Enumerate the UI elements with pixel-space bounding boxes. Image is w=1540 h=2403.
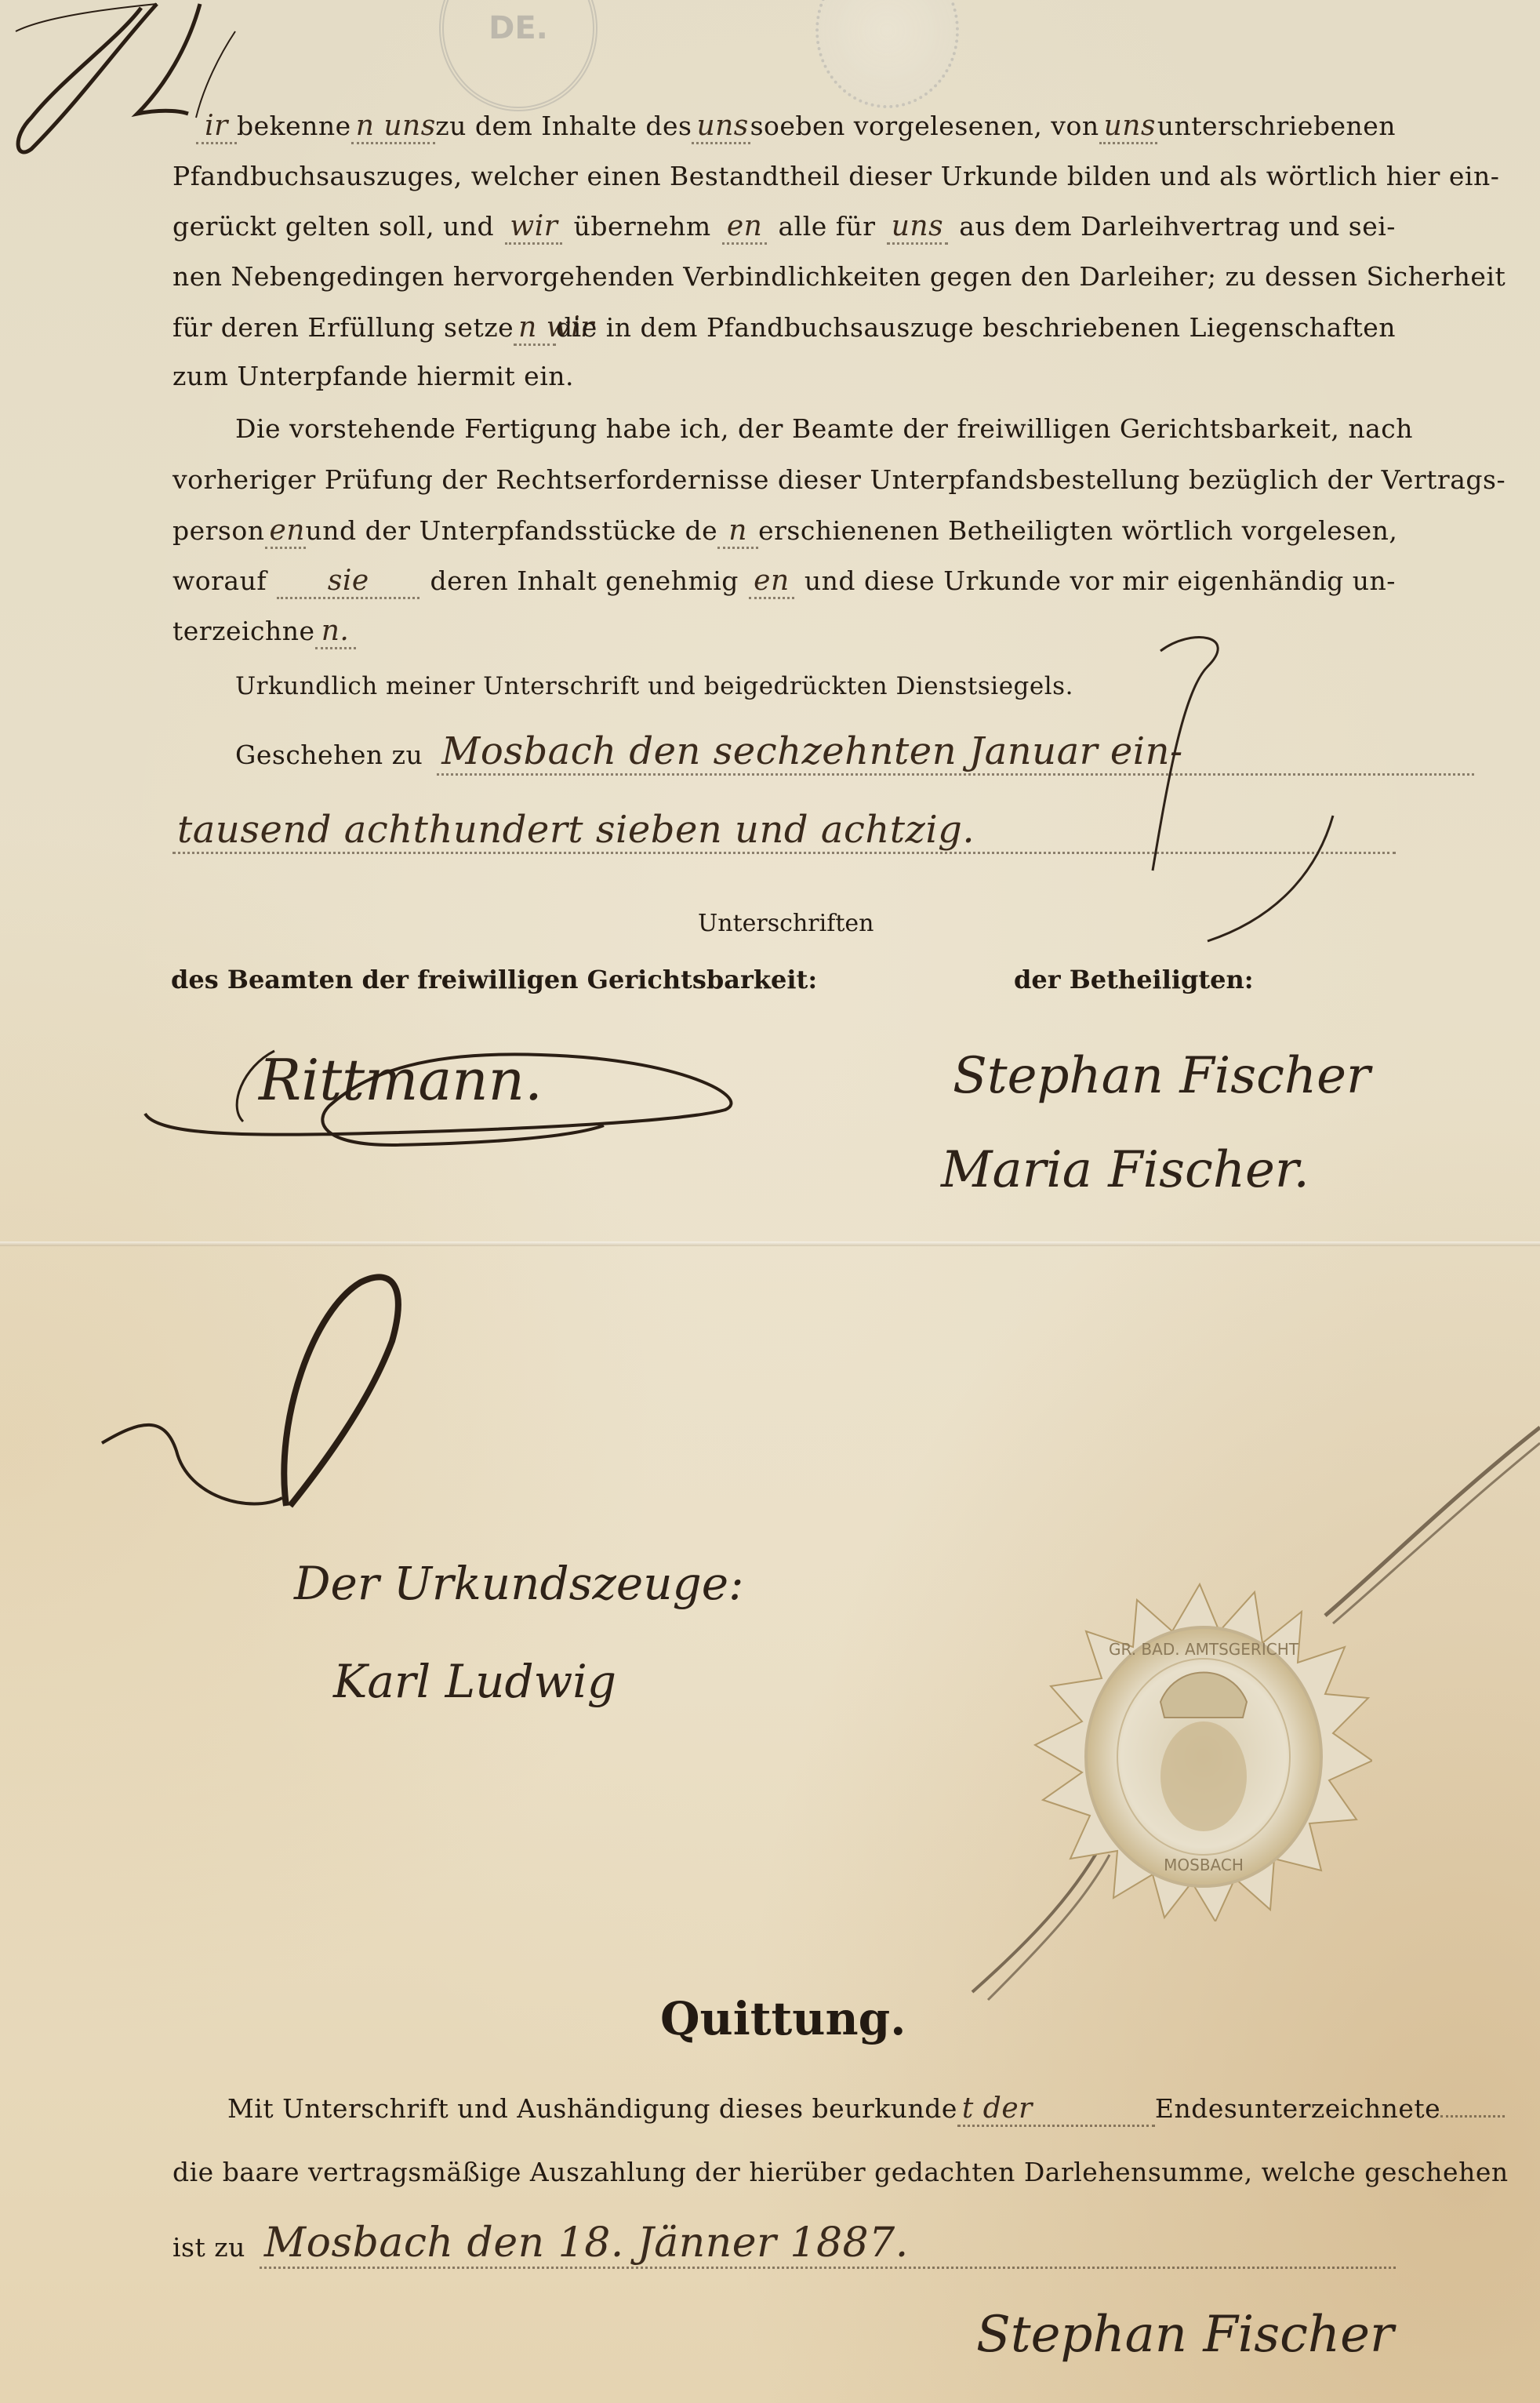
declaration-line-5: für deren Erfüllung setze n wir die in d… xyxy=(173,311,1396,346)
print-text: und der Unterpfandsstücke de xyxy=(306,515,718,546)
print-text: zu dem Inhalte des xyxy=(435,111,692,141)
handwritten-fill: en xyxy=(265,514,306,549)
handwritten-fill: n xyxy=(717,514,758,549)
handwritten-fill: ir xyxy=(196,110,237,144)
receipt-place-date: Mosbach den 18. Jänner 1887. xyxy=(260,2219,1396,2269)
handwritten-fill: t der xyxy=(957,2092,1155,2127)
handwritten-fill: en xyxy=(749,565,794,599)
print-text: zum Unterpfande hiermit ein. xyxy=(173,361,574,391)
seal-inscription-bottom: MOSBACH xyxy=(1164,1856,1244,1874)
certification-line-1: Die vorstehende Fertigung habe ich, der … xyxy=(235,413,1396,444)
print-text: Mit Unterschrift und Aushändigung dieses… xyxy=(227,2093,957,2124)
receipt-line-1: Mit Unterschrift und Aushändigung dieses… xyxy=(227,2092,1396,2127)
print-text: vorheriger Prüfung der Rechtserfordernis… xyxy=(173,464,1505,495)
print-text: worauf xyxy=(173,565,267,596)
handwritten-fill: uns xyxy=(692,110,750,144)
witness-signature: Karl Ludwig xyxy=(333,1655,616,1708)
official-signature-flourish xyxy=(133,1035,753,1161)
official-label: des Beamten der freiwilligen Gerichtsbar… xyxy=(171,965,817,994)
print-text: person xyxy=(173,515,265,546)
handwritten-fill: n. xyxy=(315,615,356,649)
print-text: die baare vertragsmäßige Auszahlung der … xyxy=(173,2157,1509,2187)
certification-line-2: vorheriger Prüfung der Rechtserfordernis… xyxy=(173,464,1396,495)
declaration-line-1: ir bekenne n uns zu dem Inhalte des uns … xyxy=(196,110,1396,144)
handwritten-fill: wir xyxy=(505,210,562,245)
date-flourish xyxy=(1098,620,1396,949)
handwritten-fill: en xyxy=(722,210,768,245)
print-text: terzeichne xyxy=(173,616,315,646)
print-text: ist zu xyxy=(173,2232,245,2263)
official-seal: GR. BAD. AMTSGERICHT MOSBACH xyxy=(1027,1576,1372,1921)
print-text: deren Inhalt genehmig xyxy=(430,565,739,596)
declaration-line-6: zum Unterpfande hiermit ein. xyxy=(173,361,1396,391)
print-text: übernehm xyxy=(574,211,711,242)
print-text: Die vorstehende Fertigung habe ich, der … xyxy=(235,413,1413,444)
handwritten-fill: sie xyxy=(277,565,420,599)
print-text: aus dem Darleihvertrag und sei- xyxy=(959,211,1396,242)
print-text: nen Nebengedingen hervorgehenden Verbind… xyxy=(173,261,1505,292)
print-text: für deren Erfüllung setze xyxy=(173,312,514,343)
handwritten-fill: uns xyxy=(887,210,948,245)
initial-w-flourish xyxy=(0,0,282,173)
receipt-line-2: die baare vertragsmäßige Auszahlung der … xyxy=(173,2157,1396,2187)
fold-crease xyxy=(0,1241,1540,1246)
empty-fill xyxy=(1440,2115,1505,2118)
party-signature-1: Stephan Fischer xyxy=(953,1047,1371,1105)
witness-intro: Der Urkundszeuge: xyxy=(294,1557,744,1610)
print-text: soeben vorgelesenen, von xyxy=(750,111,1099,141)
print-text: Pfandbuchsauszuges, welcher einen Bestan… xyxy=(173,161,1499,191)
party-signature-2: Maria Fischer. xyxy=(941,1141,1309,1199)
declaration-line-3: gerückt gelten soll, und wir übernehm en… xyxy=(173,210,1396,245)
certification-line-4: worauf sie deren Inhalt genehmig en und … xyxy=(173,565,1396,599)
receipt-title: Quittung. xyxy=(660,1992,906,2045)
seal-inscription-top: GR. BAD. AMTSGERICHT xyxy=(1109,1640,1299,1659)
print-text: alle für xyxy=(779,211,876,242)
print-text: gerückt gelten soll, und xyxy=(173,211,494,242)
receipt-signature: Stephan Fischer xyxy=(976,2306,1394,2364)
print-text: erschienenen Betheiligten wörtlich vorge… xyxy=(758,515,1397,546)
certification-line-3: person en und der Unterpfandsstücke de n… xyxy=(173,514,1396,549)
print-text: Endesunterzeichnete xyxy=(1155,2093,1440,2124)
handwritten-fill: n wir xyxy=(514,311,556,346)
handwritten-fill: n uns xyxy=(351,110,436,144)
receipt-line-3: ist zu Mosbach den 18. Jänner 1887. xyxy=(173,2219,1396,2269)
handwritten-fill: uns xyxy=(1099,110,1157,144)
witness-initial-d-flourish xyxy=(94,1263,502,1592)
place-date-label: Geschehen zu xyxy=(235,740,423,770)
declaration-line-4: nen Nebengedingen hervorgehenden Verbind… xyxy=(173,261,1396,292)
print-text: unterschriebenen xyxy=(1157,111,1396,141)
signatures-heading: Unterschriften xyxy=(698,910,874,937)
declaration-line-2: Pfandbuchsauszuges, welcher einen Bestan… xyxy=(173,161,1396,191)
parties-label: der Betheiligten: xyxy=(1014,965,1254,994)
print-text: bekenne xyxy=(237,111,351,141)
print-text: und diese Urkunde vor mir eigenhändig un… xyxy=(805,565,1396,596)
print-text: die in dem Pfandbuchsauszuge beschrieben… xyxy=(556,312,1396,343)
